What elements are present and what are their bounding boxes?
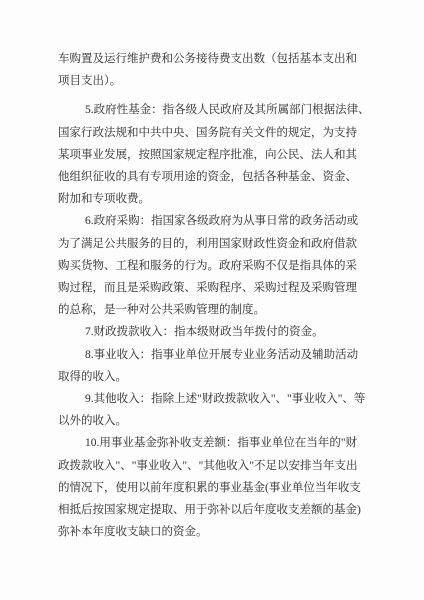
- text-line: 的总称，是一种对公共采购管理的制度。: [58, 299, 368, 321]
- text-line: 政拨款收入"、"事业收入"、"其他收入"不足以安排当年支出: [58, 455, 368, 477]
- text-line: 取得的收入。: [58, 366, 368, 388]
- text-line: 他组织征收的具有专项用途的资金，包括各种基金、资金、: [58, 166, 368, 188]
- text-line: 某项事业发展，按照国家规定程序批准，向公民、法人和其: [58, 144, 368, 166]
- text-line: 弥补本年度收支缺口的资金。: [58, 521, 368, 543]
- text-line: 5.政府性基金：指各级人民政府及其所属部门根据法律、: [58, 99, 368, 121]
- paragraph: 8.事业收入：指事业单位开展专业业务活动及辅助活动取得的收入。: [58, 344, 368, 388]
- paragraph: 车购置及运行维护费和公务接待费支出数（包括基本支出和项目支出）。: [58, 48, 368, 92]
- document-page: 车购置及运行维护费和公务接待费支出数（包括基本支出和项目支出）。5.政府性基金：…: [0, 0, 424, 600]
- document-text: 车购置及运行维护费和公务接待费支出数（包括基本支出和项目支出）。5.政府性基金：…: [58, 48, 368, 543]
- text-line: 相抵后按国家规定提取、用于弥补以后年度收支差额的基金): [58, 499, 368, 521]
- paragraph: 7.财政拨款收入：指本级财政当年拨付的资金。: [58, 321, 368, 343]
- text-line: 国家行政法规和中共中央、国务院有关文件的规定，为支持: [58, 122, 368, 144]
- text-line: 以外的收入。: [58, 410, 368, 432]
- paragraph: 9.其他收入：指除上述"财政拨款收入"、"事业收入"、等以外的收入。: [58, 388, 368, 432]
- text-line: 6.政府采购：指国家各级政府为从事日常的政务活动或: [58, 210, 368, 232]
- paragraph: 10.用事业基金弥补收支差额：指事业单位在当年的"财政拨款收入"、"事业收入"、…: [58, 432, 368, 543]
- text-line: 7.财政拨款收入：指本级财政当年拨付的资金。: [58, 321, 368, 343]
- text-line: 的情况下，使用以前年度积累的事业基金(事业单位当年收支: [58, 477, 368, 499]
- text-line: 为了满足公共服务的目的，利用国家财政性资金和政府借款: [58, 233, 368, 255]
- text-line: 车购置及运行维护费和公务接待费支出数（包括基本支出和: [58, 48, 368, 70]
- text-line: 项目支出）。: [58, 70, 368, 92]
- paragraph: 6.政府采购：指国家各级政府为从事日常的政务活动或为了满足公共服务的目的，利用国…: [58, 210, 368, 321]
- paragraph: 5.政府性基金：指各级人民政府及其所属部门根据法律、国家行政法规和中共中央、国务…: [58, 99, 368, 210]
- text-line: 9.其他收入：指除上述"财政拨款收入"、"事业收入"、等: [58, 388, 368, 410]
- text-line: 10.用事业基金弥补收支差额：指事业单位在当年的"财: [58, 432, 368, 454]
- text-line: 8.事业收入：指事业单位开展专业业务活动及辅助活动: [58, 344, 368, 366]
- text-line: 附加和专项收费。: [58, 188, 368, 210]
- text-line: 购过程，而且是采购政策、采购程序、采购过程及采购管理: [58, 277, 368, 299]
- text-line: 购买货物、工程和服务的行为。政府采购不仅是指具体的采: [58, 255, 368, 277]
